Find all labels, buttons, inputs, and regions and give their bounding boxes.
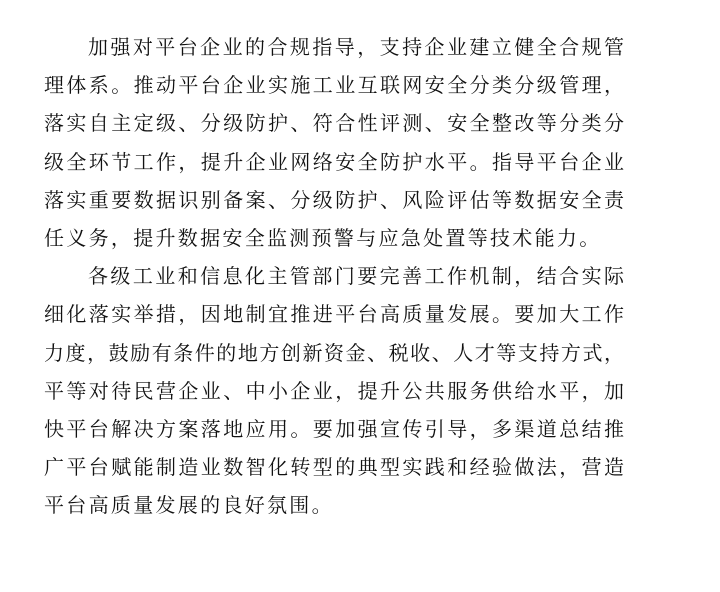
document-page: 加强对平台企业的合规指导，支持企业建立健全合规管 理体系。推动平台企业实施工业互… — [44, 28, 624, 524]
text-line: 广平台赋能制造业数智化转型的典型实践和经验做法，营造 — [44, 448, 624, 486]
text-line: 各级工业和信息化主管部门要完善工作机制，结合实际 — [44, 257, 624, 295]
text-line: 理体系。推动平台企业实施工业互联网安全分类分级管理， — [44, 66, 624, 104]
text-line: 落实自主定级、分级防护、符合性评测、安全整改等分类分 — [44, 104, 624, 142]
text-line: 快平台解决方案落地应用。要加强宣传引导，多渠道总结推 — [44, 410, 624, 448]
text-line: 细化落实举措，因地制宜推进平台高质量发展。要加大工作 — [44, 295, 624, 333]
text-line: 任义务，提升数据安全监测预警与应急处置等技术能力。 — [44, 219, 624, 257]
text-line: 落实重要数据识别备案、分级防护、风险评估等数据安全责 — [44, 181, 624, 219]
paragraph-2: 各级工业和信息化主管部门要完善工作机制，结合实际 细化落实举措，因地制宜推进平台… — [44, 257, 624, 524]
text-line: 平台高质量发展的良好氛围。 — [44, 486, 624, 524]
text-line: 力度，鼓励有条件的地方创新资金、税收、人才等支持方式， — [44, 334, 624, 372]
text-line: 平等对待民营企业、中小企业，提升公共服务供给水平，加 — [44, 372, 624, 410]
text-line: 加强对平台企业的合规指导，支持企业建立健全合规管 — [44, 28, 624, 66]
text-line: 级全环节工作，提升企业网络安全防护水平。指导平台企业 — [44, 143, 624, 181]
paragraph-1: 加强对平台企业的合规指导，支持企业建立健全合规管 理体系。推动平台企业实施工业互… — [44, 28, 624, 257]
